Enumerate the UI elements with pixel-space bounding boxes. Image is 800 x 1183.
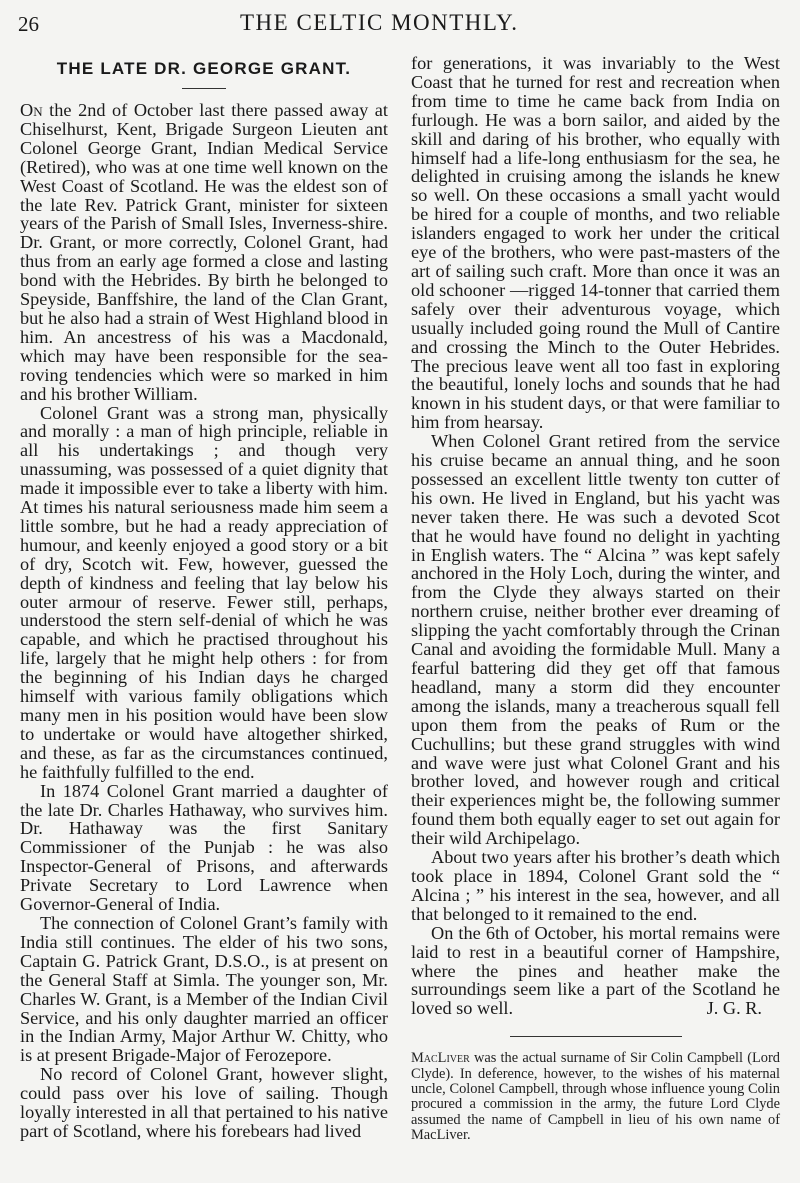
left-column: THE LATE DR. GEORGE GRANT. On the 2nd of… [20, 58, 388, 1141]
title-rule [182, 88, 226, 89]
article-title: THE LATE DR. GEORGE GRANT. [20, 58, 388, 80]
paragraph-6: When Colonel Grant retired from the serv… [411, 432, 780, 848]
paragraph-2: Colonel Grant was a strong man, physical… [20, 404, 388, 782]
footnote-lead: MacLiver [411, 1050, 470, 1066]
page-header: 26 THE CELTIC MONTHLY. [0, 0, 800, 40]
paragraph-5-cont: for generations, it was invariably to th… [411, 54, 780, 432]
footnote-rule [510, 1036, 682, 1037]
running-title: THE CELTIC MONTHLY. [240, 10, 519, 36]
paragraph-4: The connection of Colonel Grant’s family… [20, 914, 388, 1065]
paragraph-7: About two years after his brother’s deat… [411, 848, 780, 924]
paragraph-8: On the 6th of October, his mortal remain… [411, 924, 780, 1019]
signature: J. G. R. [687, 999, 762, 1018]
footnote: MacLiver was the actual surname of Sir C… [411, 1051, 780, 1143]
drop-lead: On [20, 100, 43, 120]
right-column: for generations, it was invariably to th… [411, 54, 780, 1144]
paragraph-1: On the 2nd of October last there passed … [20, 101, 388, 404]
paragraph-5-start: No record of Colonel Grant, however slig… [20, 1065, 388, 1141]
paragraph-3: In 1874 Colonel Grant married a daughter… [20, 782, 388, 914]
page-number: 26 [18, 12, 39, 37]
